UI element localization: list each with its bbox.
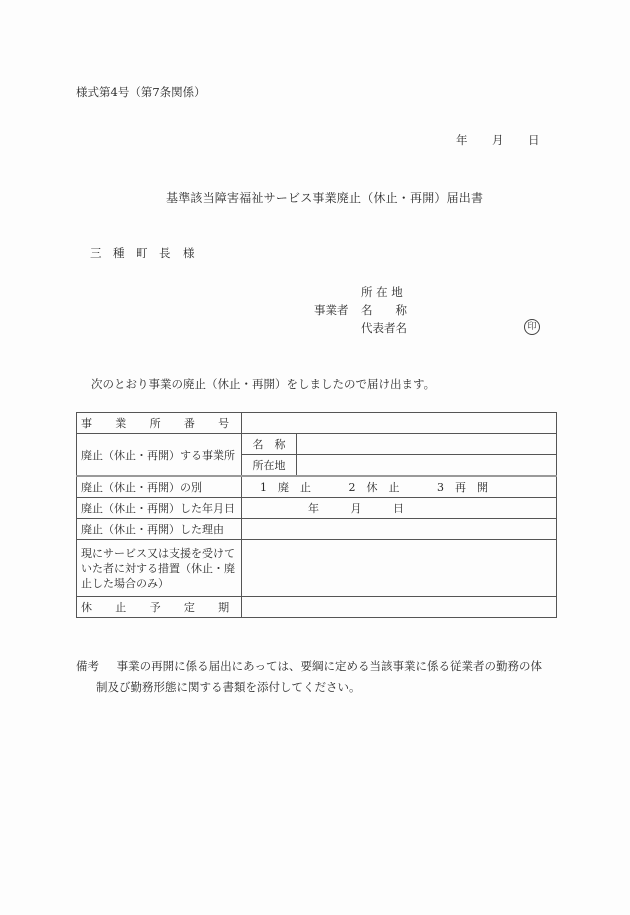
suspension-period-label: 休 止 予 定 期 間 xyxy=(77,597,242,618)
address-label: 所 在 地 xyxy=(361,284,403,300)
addressee-char: 町 xyxy=(136,245,148,261)
date-field[interactable]: 年 月 日 xyxy=(242,498,557,519)
addressee-char: 様 xyxy=(183,245,195,261)
day-label: 日 xyxy=(393,502,404,515)
option-abolish[interactable]: 1 廃 止 xyxy=(260,481,311,494)
year-label: 年 xyxy=(308,502,319,515)
table-row: 現にサービス又は支援を受けていた者に対する措置（休止・廃止した場合のみ） xyxy=(77,540,557,597)
document-title: 基準該当障害福祉サービス事業廃止（休止・再開）届出書 xyxy=(166,189,483,206)
addressee-char: 三 xyxy=(90,245,102,261)
option-resume[interactable]: 3 再 開 xyxy=(437,481,488,494)
option-suspend[interactable]: 2 休 止 xyxy=(349,481,400,494)
applicant-group-label: 事業者 xyxy=(314,302,349,318)
name-label: 名 称 xyxy=(361,302,407,318)
addressee-char: 種 xyxy=(113,245,125,261)
intro-text: 次のとおり事業の廃止（休止・再開）をしましたので届け出ます。 xyxy=(91,376,435,392)
office-name-label: 名 称 xyxy=(242,434,297,455)
date-day-label: 日 xyxy=(528,132,540,148)
remarks-label: 備考 xyxy=(76,659,99,673)
suspension-period-field[interactable] xyxy=(242,597,557,618)
addressee-char: 長 xyxy=(159,245,171,261)
table-row: 事 業 所 番 号 xyxy=(77,413,557,434)
remarks-line-1: 事業の再開に係る届出にあっては、要綱に定める当該事業に係る従業者の勤務の体 xyxy=(117,659,542,673)
notification-table: 事 業 所 番 号 廃止（休止・再開）する事業所 名 称 所在地 廃止（休止・再… xyxy=(76,412,557,618)
table-row: 廃止（休止・再開）した理由 xyxy=(77,519,557,540)
measures-label: 現にサービス又は支援を受けていた者に対する措置（休止・廃止した場合のみ） xyxy=(77,540,242,597)
office-address-label: 所在地 xyxy=(242,455,297,477)
office-label: 廃止（休止・再開）する事業所 xyxy=(77,434,242,477)
type-options[interactable]: 1 廃 止 2 休 止 3 再 開 xyxy=(242,476,557,498)
date-label: 廃止（休止・再開）した年月日 xyxy=(77,498,242,519)
representative-label: 代表者名 xyxy=(361,320,407,336)
date-month-label: 月 xyxy=(492,132,504,148)
office-address-field[interactable] xyxy=(297,455,557,477)
type-label: 廃止（休止・再開）の別 xyxy=(77,476,242,498)
remarks-line-2: 制及び勤務形態に関する書類を添付してください。 xyxy=(76,677,542,698)
table-row: 廃止（休止・再開）した年月日 年 月 日 xyxy=(77,498,557,519)
remarks: 備考 事業の再開に係る届出にあっては、要綱に定める当該事業に係る従業者の勤務の体… xyxy=(76,656,542,698)
table-row: 廃止（休止・再開）する事業所 名 称 xyxy=(77,434,557,455)
seal-icon: 印 xyxy=(524,319,540,335)
office-number-field[interactable] xyxy=(242,413,557,434)
measures-field[interactable] xyxy=(242,540,557,597)
reason-label: 廃止（休止・再開）した理由 xyxy=(77,519,242,540)
reason-field[interactable] xyxy=(242,519,557,540)
form-number: 様式第4号（第7条関係） xyxy=(76,84,206,100)
table-row: 休 止 予 定 期 間 xyxy=(77,597,557,618)
table-row: 廃止（休止・再開）の別 1 廃 止 2 休 止 3 再 開 xyxy=(77,476,557,498)
date-year-label: 年 xyxy=(456,132,468,148)
month-label: 月 xyxy=(351,502,362,515)
office-name-field[interactable] xyxy=(297,434,557,455)
office-number-label: 事 業 所 番 号 xyxy=(77,413,242,434)
